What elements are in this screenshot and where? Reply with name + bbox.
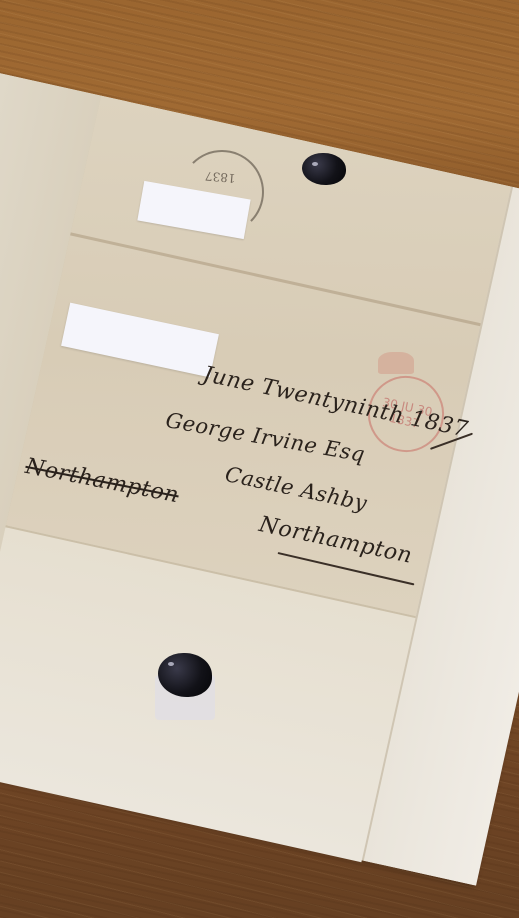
wax-seal-bottom [158, 653, 212, 697]
black-postmark-text: 1837 [204, 169, 236, 186]
red-crown-mark [378, 352, 414, 374]
wax-seal-top [302, 153, 346, 185]
